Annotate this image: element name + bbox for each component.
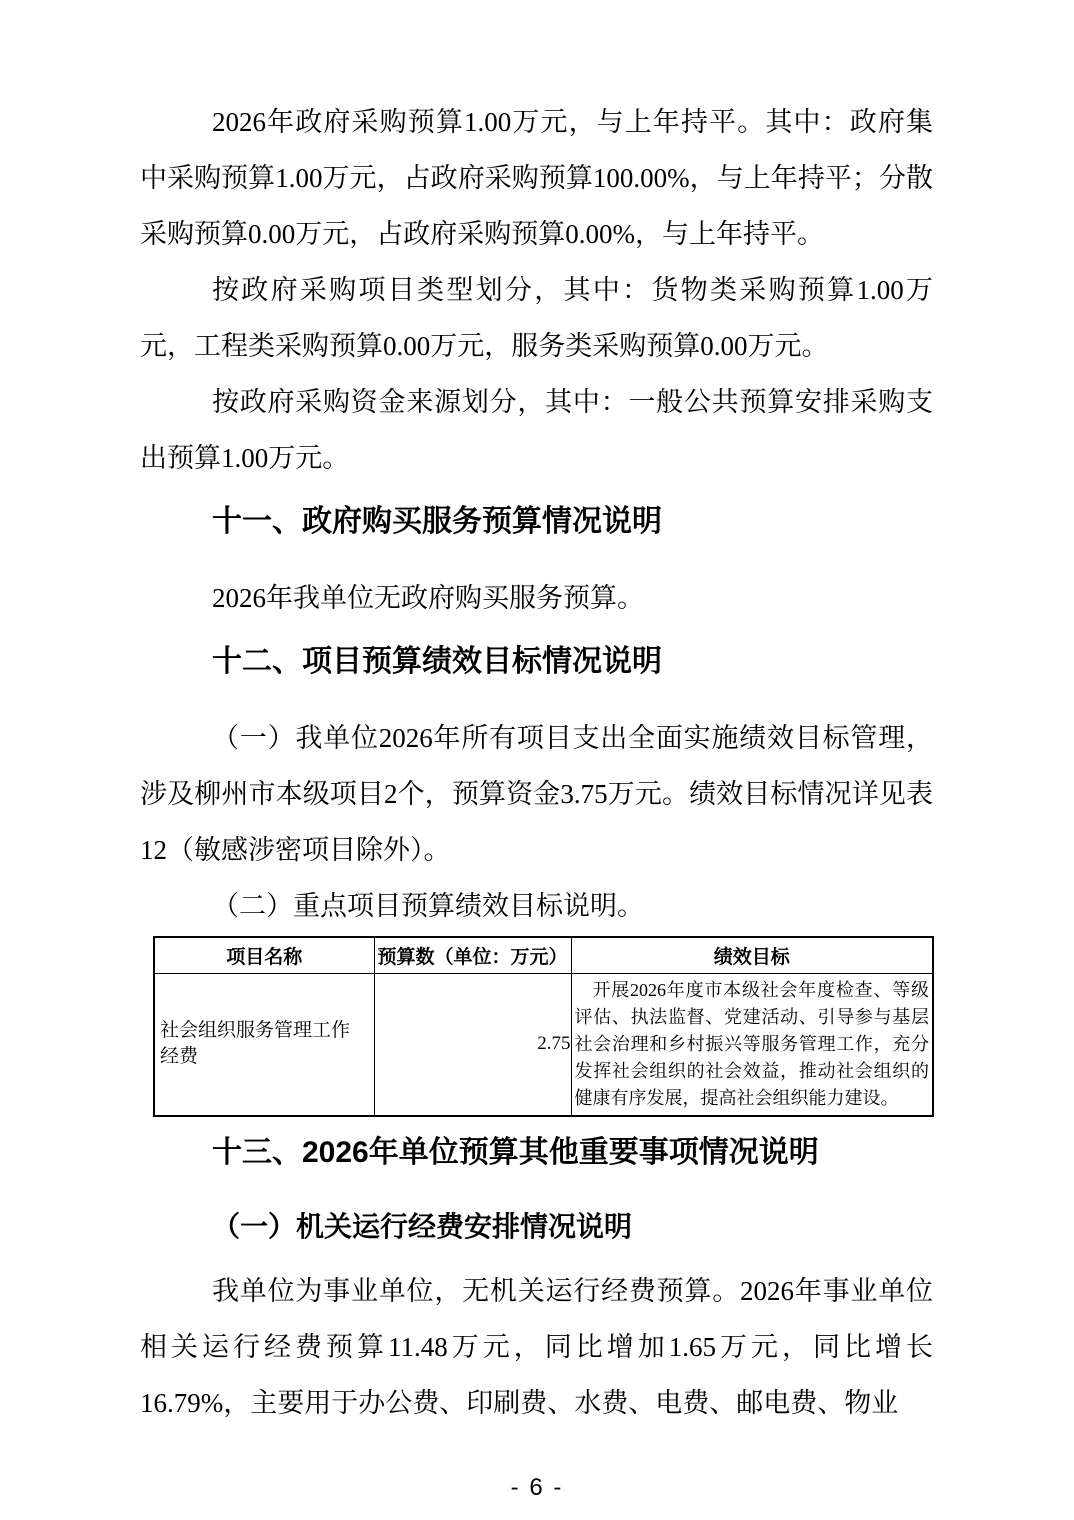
section-12-para-performance-management: （一）我单位2026年所有项目支出全面实施绩效目标管理，涉及柳州市本级项目2个，… [140, 710, 933, 878]
cell-performance-target: 开展2026年度市本级社会年度检查、等级评估、执法监督、党建活动、引导参与基层社… [571, 973, 933, 1116]
table-row: 社会组织服务管理工作经费 2.75 开展2026年度市本级社会年度检查、等级评估… [154, 973, 933, 1116]
section-13-heading: 十三、2026年单位预算其他重要事项情况说明 [140, 1129, 933, 1177]
section-11-body: 2026年我单位无政府购买服务预算。 [140, 570, 933, 626]
section-11-heading: 十一、政府购买服务预算情况说明 [140, 498, 933, 546]
paragraph-procurement-by-type: 按政府采购项目类型划分，其中：货物类采购预算1.00万元，工程类采购预算0.00… [140, 262, 933, 374]
document-page: 2026年政府采购预算1.00万元，与上年持平。其中：政府集中采购预算1.00万… [0, 0, 1074, 1520]
cell-budget-amount: 2.75 [374, 973, 571, 1116]
document-content: 2026年政府采购预算1.00万元，与上年持平。其中：政府集中采购预算1.00万… [0, 0, 1074, 1431]
paragraph-procurement-by-fund-source: 按政府采购资金来源划分，其中：一般公共预算安排采购支出预算1.00万元。 [140, 374, 933, 486]
table-header-budget-amount: 预算数（单位：万元） [374, 937, 571, 973]
paragraph-gov-procurement-total: 2026年政府采购预算1.00万元，与上年持平。其中：政府集中采购预算1.00万… [140, 94, 933, 262]
section-13-subheading-operating-funds: （一）机关运行经费安排情况说明 [140, 1203, 933, 1251]
table-header-project-name: 项目名称 [154, 937, 374, 973]
table-header-row: 项目名称 预算数（单位：万元） 绩效目标 [154, 937, 933, 973]
section-12-para-key-project-intro: （二）重点项目预算绩效目标说明。 [140, 878, 933, 934]
section-13-body-operating-funds: 我单位为事业单位，无机关运行经费预算。2026年事业单位相关运行经费预算11.4… [140, 1263, 933, 1431]
section-12-heading: 十二、项目预算绩效目标情况说明 [140, 638, 933, 686]
table-header-performance-target: 绩效目标 [571, 937, 933, 973]
performance-target-table: 项目名称 预算数（单位：万元） 绩效目标 社会组织服务管理工作经费 2.75 开… [153, 936, 934, 1117]
cell-project-name: 社会组织服务管理工作经费 [154, 973, 374, 1116]
page-number: - 6 - [0, 1470, 1074, 1506]
